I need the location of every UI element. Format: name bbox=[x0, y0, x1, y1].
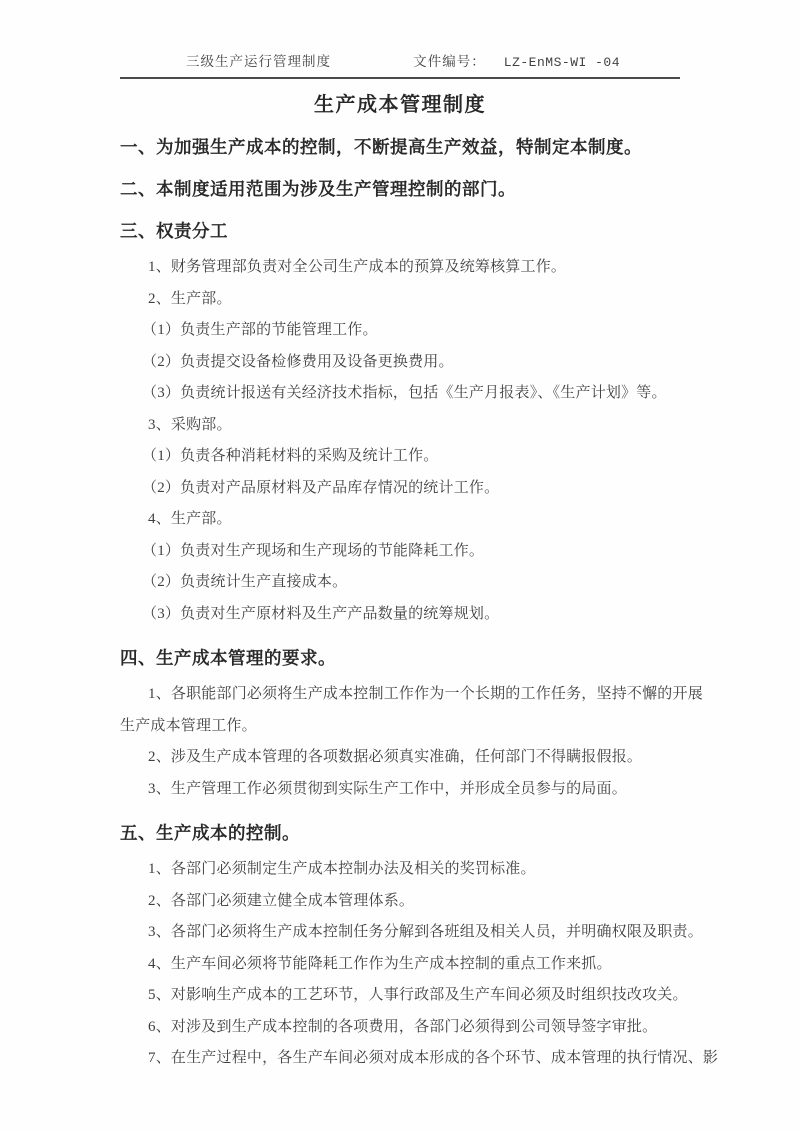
header-doc-category: 三级生产运行管理制度 bbox=[186, 50, 331, 70]
list-item: 2、生产部。 bbox=[120, 284, 705, 316]
section-heading: 一、为加强生产成本的控制，不断提高生产效益，特制定本制度。 bbox=[120, 134, 705, 161]
list-item: 5、对影响生产成本的工艺环节，人事行政部及生产车间必须及时组织技改攻关。 bbox=[120, 980, 705, 1012]
header-doc-number: 文件编号：LZ-EnMS-WI -04 bbox=[413, 50, 620, 70]
list-item: 4、生产部。 bbox=[120, 504, 705, 536]
sub-list-item: （1）负责各种消耗材料的采购及统计工作。 bbox=[120, 441, 705, 473]
list-item: 2、各部门必须建立健全成本管理体系。 bbox=[120, 886, 705, 918]
list-item: 6、对涉及到生产成本控制的各项费用，各部门必须得到公司领导签字审批。 bbox=[120, 1012, 705, 1044]
paragraph: 1、各职能部门必须将生产成本控制工作作为一个长期的工作任务，坚持不懈的开展生产成… bbox=[120, 679, 705, 742]
list-item: 3、各部门必须将生产成本控制任务分解到各班组及相关人员，并明确权限及职责。 bbox=[120, 917, 705, 949]
sub-list-item: （2）负责对产品原材料及产品库存情况的统计工作。 bbox=[120, 473, 705, 505]
document-title: 生产成本管理制度 bbox=[120, 91, 680, 119]
doc-number-value: LZ-EnMS-WI -04 bbox=[504, 55, 620, 70]
list-item: 1、各部门必须制定生产成本控制办法及相关的奖罚标准。 bbox=[120, 854, 705, 886]
section-heading: 五、生产成本的控制。 bbox=[120, 820, 705, 847]
document-content: 三级生产运行管理制度 文件编号：LZ-EnMS-WI -04 生产成本管理制度 … bbox=[120, 0, 705, 1075]
list-item: 3、采购部。 bbox=[120, 410, 705, 442]
doc-number-label: 文件编号： bbox=[413, 54, 486, 69]
page-header: 三级生产运行管理制度 文件编号：LZ-EnMS-WI -04 bbox=[120, 50, 680, 79]
sub-list-item: （1）负责生产部的节能管理工作。 bbox=[120, 315, 705, 347]
list-item: 4、生产车间必须将节能降耗工作作为生产成本控制的重点工作来抓。 bbox=[120, 949, 705, 981]
sub-list-item: （3）负责对生产原材料及生产产品数量的统筹规划。 bbox=[120, 599, 705, 631]
sub-list-item: （1）负责对生产现场和生产现场的节能降耗工作。 bbox=[120, 536, 705, 568]
list-item: 3、生产管理工作必须贯彻到实际生产工作中，并形成全员参与的局面。 bbox=[120, 774, 705, 806]
section-heading: 三、权责分工 bbox=[120, 218, 705, 245]
sub-list-item: （2）负责统计生产直接成本。 bbox=[120, 567, 705, 599]
document-body: 一、为加强生产成本的控制，不断提高生产效益，特制定本制度。二、本制度适用范围为涉… bbox=[120, 134, 705, 1075]
list-item: 2、涉及生产成本管理的各项数据必须真实准确，任何部门不得瞒报假报。 bbox=[120, 742, 705, 774]
section-heading: 二、本制度适用范围为涉及生产管理控制的部门。 bbox=[120, 176, 705, 203]
section-heading: 四、生产成本管理的要求。 bbox=[120, 645, 705, 672]
list-item: 7、在生产过程中，各生产车间必须对成本形成的各个环节、成本管理的执行情况、影 bbox=[120, 1043, 705, 1075]
sub-list-item: （3）负责统计报送有关经济技术指标，包括《生产月报表》、《生产计划》等。 bbox=[120, 378, 705, 410]
document-page: 三级生产运行管理制度 文件编号：LZ-EnMS-WI -04 生产成本管理制度 … bbox=[0, 0, 800, 1130]
sub-list-item: （2）负责提交设备检修费用及设备更换费用。 bbox=[120, 347, 705, 379]
list-item: 1、财务管理部负责对全公司生产成本的预算及统筹核算工作。 bbox=[120, 252, 705, 284]
